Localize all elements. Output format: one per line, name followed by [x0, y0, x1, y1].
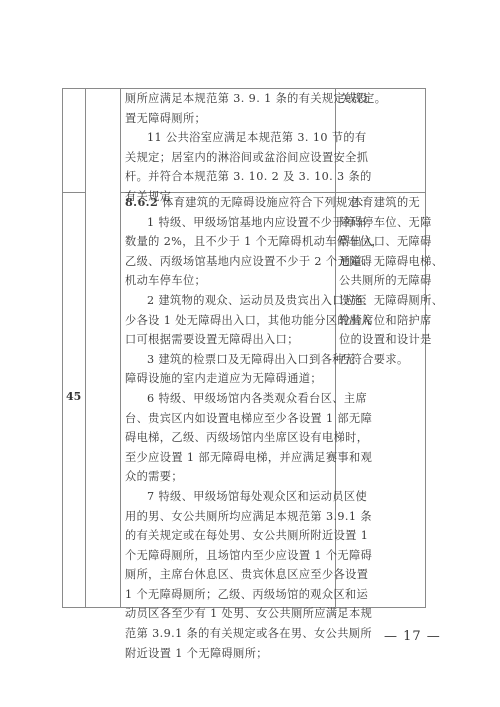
text-line: 杆。并符合本规范第 3. 10. 2 及 3. 10. 3 条的: [125, 167, 372, 187]
text-line: 6 特级、甲级场馆内各类观众看台区、主席: [125, 389, 383, 409]
text-line: 否符合要求。: [339, 350, 443, 370]
text-line: 关规定。: [340, 89, 386, 109]
text-line: 1 个无障碍厕所；乙级、丙级场馆的观众区和运: [125, 585, 383, 605]
text-line: 众的需要；: [125, 467, 383, 487]
text-line: 障碍设施的室内走道应为无障碍通道；: [125, 369, 383, 389]
text-line: 碍电梯，乙级、丙级场馆内坐席区设有电梯时，: [125, 428, 383, 448]
prev-row-check: 关规定。: [340, 89, 386, 109]
text-line: 台、贵宾区内如设置电梯应至少各设置 1 部无障: [125, 409, 383, 429]
text-line: 碍出入口、无障碍: [339, 232, 443, 252]
text-line: 的有关规定或在每处男、女公共厕所附近设置 1: [125, 526, 383, 546]
text-line: 关规定；居室内的淋浴间或盆浴间应设置安全抓: [125, 148, 372, 168]
row-45-check: 体育建筑的无 障碍停车位、无障 碍出入口、无障碍 通道、无障碍电梯、 公共厕所的…: [339, 193, 443, 369]
col-divider-1: [85, 88, 86, 608]
prev-row-requirement: 厕所应满足本规范第 3. 9. 1 条的有关规定或设 置无障碍厕所； 11 公共…: [125, 89, 372, 207]
text-line: 位的设置和设计是: [339, 330, 443, 350]
text-line: 附近设置 1 个无障碍厕所；: [125, 644, 383, 664]
table-left-border: [62, 88, 63, 608]
text-line: 范第 3.9.1 条的有关规定或各在男、女公共厕所: [125, 624, 383, 644]
text-line: 置无障碍厕所；: [125, 109, 372, 129]
text-line: 个无障碍厕所，且场馆内至少应设置 1 个无障碍: [125, 546, 383, 566]
text-line: 用的男、女公共厕所均应满足本规范第 3.9.1 条: [125, 507, 383, 527]
text-line: 厕所，主席台休息区、贵宾休息区应至少各设置: [125, 565, 383, 585]
col-divider-2: [120, 88, 121, 608]
row-divider-col1: [62, 192, 85, 193]
text-line: 设施、无障碍厕所、: [339, 291, 443, 311]
text-line: 通道、无障碍电梯、: [339, 252, 443, 272]
clause-id: 8.6.2: [125, 195, 158, 209]
text-line: 体育建筑的无: [339, 193, 443, 213]
text-line: 至少应设置 1 部无障碍电梯，并应满足赛事和观: [125, 448, 383, 468]
row-number: 45: [66, 390, 81, 403]
text-line: 7 特级、甲级场馆每处观众区和运动员区使: [125, 487, 383, 507]
text-line: 11 公共浴室应满足本规范第 3. 10 节的有: [125, 128, 372, 148]
text-line: 动员区各至少有 1 处男、女公共厕所应满足本规: [125, 604, 383, 624]
text-line: 障碍停车位、无障: [339, 213, 443, 233]
text-line: 公共厕所的无障碍: [339, 271, 443, 291]
page-number: — 17 —: [384, 629, 441, 644]
document-page: 厕所应满足本规范第 3. 9. 1 条的有关规定或设 置无障碍厕所； 11 公共…: [0, 0, 500, 707]
text-line: 轮椅席位和陪护席: [339, 311, 443, 331]
text-line: 厕所应满足本规范第 3. 9. 1 条的有关规定或设: [125, 89, 372, 109]
